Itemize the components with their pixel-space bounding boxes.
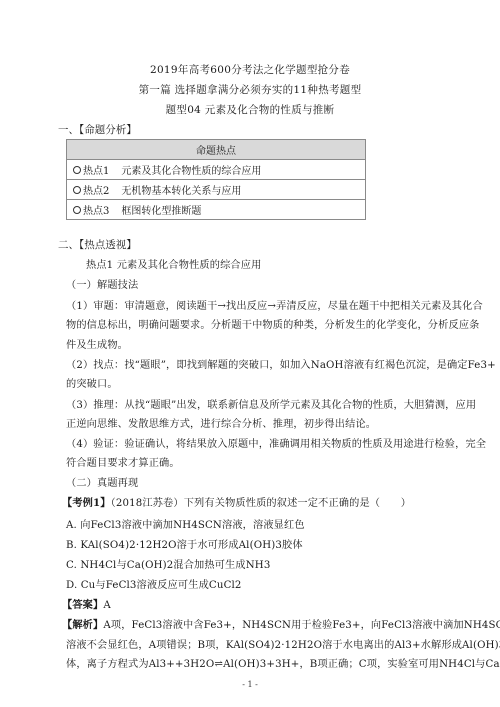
subheading-real-exams: （二）真题再现 [66, 474, 138, 489]
table-row: 热点1元素及其化合物性质的综合应用 [67, 160, 366, 180]
doc-subtitle: 第一篇 选择题拿满分必须夯实的11种热考题型 [0, 82, 500, 97]
step4-line2: 符合题目要求才算正确。 [66, 454, 180, 469]
circle-bullet-icon [73, 206, 81, 214]
example-question: 【考例1】（2018江苏卷）下列有关物质性质的叙述一定不正确的是（ ） [62, 494, 411, 509]
hotspot-table-header: 命题热点 [67, 140, 366, 160]
option-d: D. Cu与FeCl3溶液反应可生成CuCl2 [66, 576, 242, 591]
step1-line3: 件及生成物。 [66, 336, 128, 351]
table-row: 热点2无机物基本转化关系与应用 [67, 180, 366, 200]
hotspot-label: 热点3 [83, 206, 109, 217]
hotspot-label: 热点1 [83, 166, 109, 177]
step4-line1: （4）验证：验证确认，将结果放入原题中，准确调用相关物质的性质及用途进行检验，完… [66, 435, 486, 450]
subheading-techniques: （一）解题技法 [66, 276, 138, 291]
circle-bullet-icon [73, 166, 81, 174]
step2-line1: （2）找点：找“题眼”，即找到解题的突破口，如加入NaOH溶液有红褐色沉淀，是确… [66, 356, 496, 371]
step2-line2: 的突破口。 [66, 375, 118, 390]
hotspot-table: 命题热点 热点1元素及其化合物性质的综合应用 热点2无机物基本转化关系与应用 热… [66, 139, 366, 220]
analysis-line3: 体，离子方程式为Al3++3H2O⇌Al(OH)3+3H+，B项正确；C项，实验… [66, 655, 500, 670]
answer-label: 【答案】 [62, 599, 103, 611]
page-number: - 1 - [0, 680, 500, 689]
hotspot-label: 热点2 [83, 186, 109, 197]
answer-value: A [103, 600, 111, 611]
hotspot-text: 无机物基本转化关系与应用 [121, 186, 241, 197]
answer-line: 【答案】A [62, 596, 111, 611]
option-c: C. NH4Cl与Ca(OH)2混合加热可生成NH3 [66, 556, 270, 571]
step1-line2: 物的信息标出，明确问题要求。分析题干中物质的种类，分析发生的化学变化，分析反应条 [66, 316, 480, 331]
step3-line2: 正逆向思维、发散思维方式，进行综合分析、推理，初步得出结论。 [66, 415, 376, 430]
circle-bullet-icon [73, 186, 81, 194]
table-row: 热点3框图转化型推断题 [67, 200, 366, 220]
analysis-line2: 溶液不会显红色，A项错误；B项，KAl(SO4)2·12H2O溶于水电离出的Al… [66, 636, 500, 651]
example-source: （2018江苏卷） [111, 498, 184, 509]
doc-topic: 题型04 元素及化合物的性质与推断 [0, 102, 500, 117]
option-a: A. 向FeCl3溶液中滴加NH4SCN溶液，溶液显红色 [66, 516, 305, 531]
hotspot-text: 元素及其化合物性质的综合应用 [121, 166, 261, 177]
doc-title: 2019年高考600分考法之化学题型抢分卷 [0, 62, 500, 77]
analysis-line1: 【解析】A项，FeCl3溶液中含Fe3+，NH4SCN用于检验Fe3+，向FeC… [62, 616, 500, 631]
step1-line1: （1）审题：审清题意，阅读题干→找出反应→弄清反应，尽量在题干中把相关元素及其化… [66, 297, 483, 312]
hotspot-text: 框图转化型推断题 [121, 206, 201, 217]
option-b: B. KAl(SO4)2·12H2O溶于水可形成Al(OH)3胶体 [66, 536, 303, 551]
section-heading-analysis: 一、【命题分析】 [58, 122, 137, 137]
example-label: 【考例1】 [62, 497, 111, 509]
hotspot-title: 热点1 元素及其化合物性质的综合应用 [86, 256, 261, 271]
step3-line1: （3）推理：从找“题眼”出发，联系新信息及所学元素及其化合物的性质，大胆猜测，应… [66, 396, 476, 411]
document-page: 2019年高考600分考法之化学题型抢分卷 第一篇 选择题拿满分必须夯实的11种… [0, 0, 500, 707]
example-stem: 下列有关物质性质的叙述一定不正确的是（ ） [184, 498, 411, 509]
analysis-label: 【解析】 [62, 619, 103, 631]
section-heading-perspective: 二、【热点透视】 [58, 237, 137, 252]
analysis-text: A项，FeCl3溶液中含Fe3+，NH4SCN用于检验Fe3+，向FeCl3溶液… [103, 620, 500, 631]
